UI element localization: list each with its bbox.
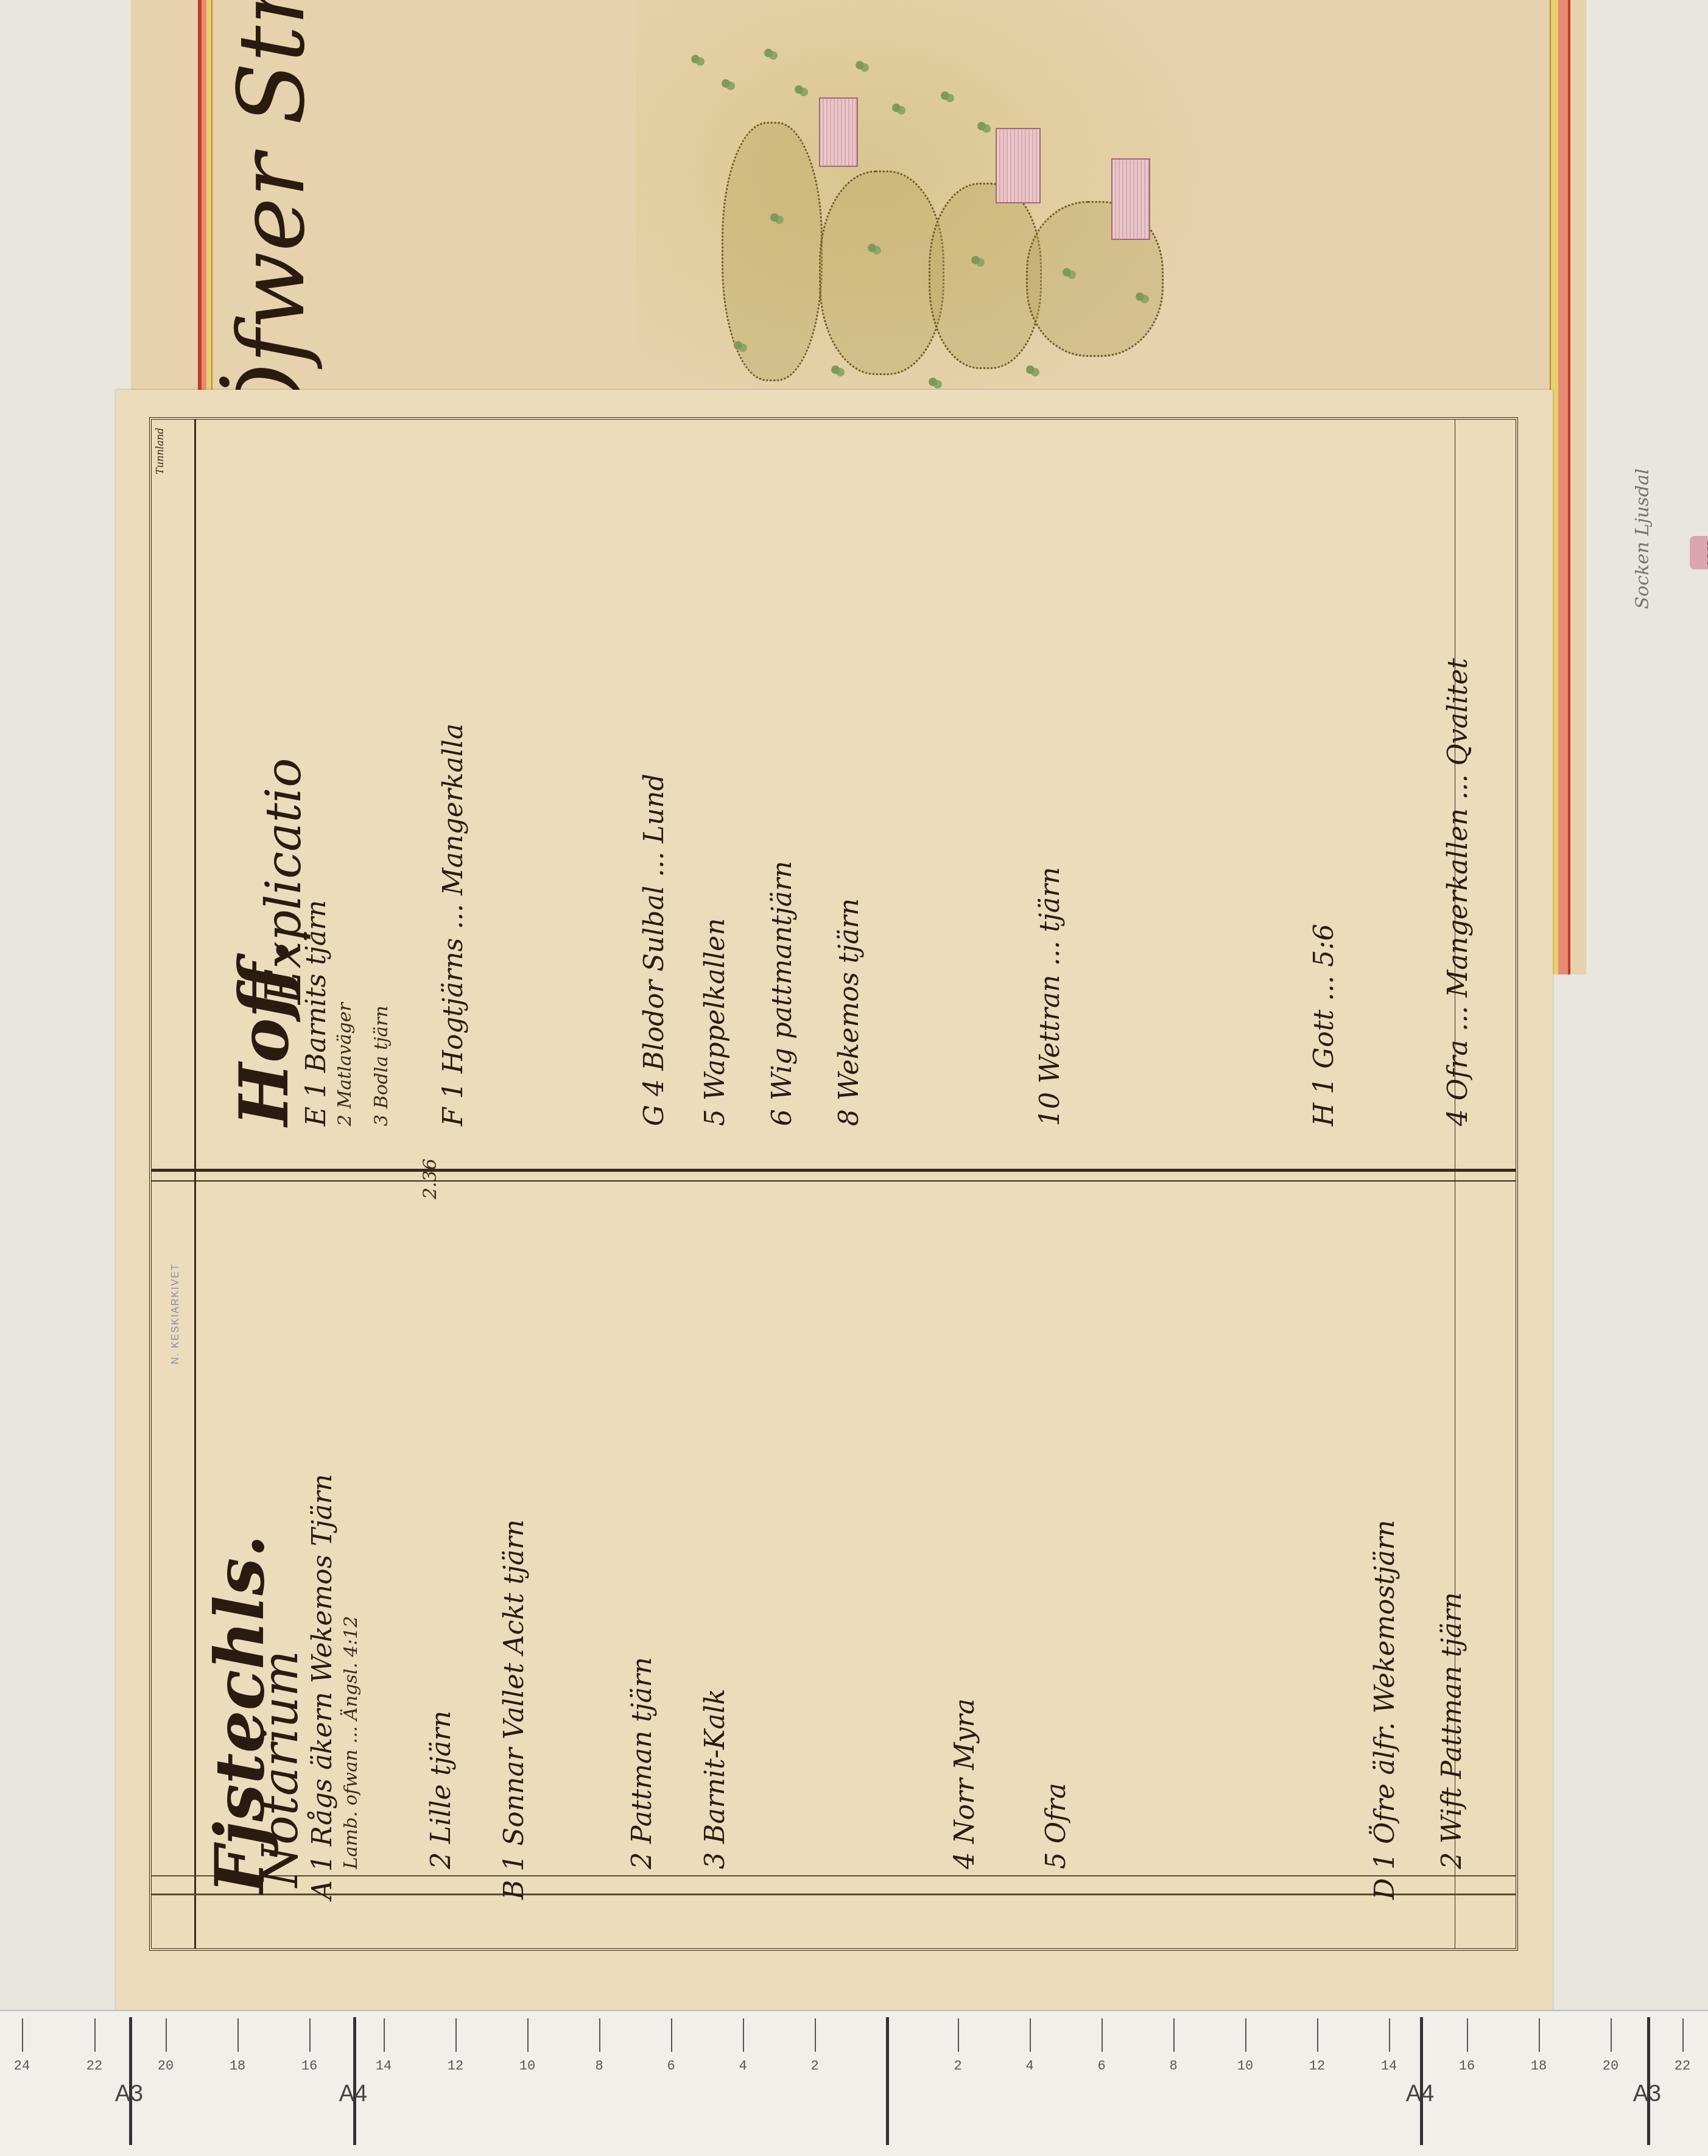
left-entry: A 1 Rågs äkern Wekemos Tjärn (307, 1474, 338, 1900)
left-entry: 4 Norr Myra (949, 1699, 980, 1869)
map-drawing (636, 0, 1215, 426)
left-entry: B 1 Sonnar Vallet Ackt tjärn (499, 1520, 530, 1900)
page-frame: Hoff. Explicatio Tunnland E 1 Barnits tj… (149, 417, 1518, 1951)
tree-icon (941, 91, 949, 100)
right-entry: 4 Ofra ... Mangerkallen ... Qvalitet (1443, 658, 1474, 1126)
page-divider (152, 1169, 1516, 1182)
right-entry: 2 Matlaväger (334, 1002, 356, 1126)
map-region (929, 183, 1042, 369)
map-border-right (1550, 0, 1574, 974)
right-entry: H 1 Gott ... 5:6 (1309, 924, 1340, 1126)
tree-icon (831, 365, 840, 374)
map-title: Öfwer Ströms Sochn (219, 0, 325, 439)
left-page-subtitle: Notarium (252, 1650, 309, 1887)
right-entry: G 4 Blodor Sulbal ... Lund (639, 773, 670, 1126)
right-entry: E 1 Barnits tjärn (301, 900, 332, 1126)
tree-icon (1136, 292, 1144, 301)
right-entry: 5 Wappelkallen (700, 918, 731, 1127)
map-field (996, 128, 1041, 203)
row-rule (152, 1894, 1516, 1895)
map-field (1111, 158, 1150, 240)
tree-icon (691, 55, 700, 63)
left-entry: 5 Ofra (1041, 1783, 1072, 1869)
left-entry: D 1 Öfre älfr. Wekemostjärn (1369, 1520, 1400, 1900)
tree-icon (734, 341, 742, 350)
tree-icon (971, 256, 980, 264)
tree-icon (856, 61, 864, 69)
column-rule (194, 420, 196, 1948)
left-entry: 3 Barnit-Kalk (700, 1689, 731, 1869)
tree-icon (977, 122, 986, 130)
tree-icon (929, 378, 937, 386)
right-entry: 10 Wettran ... tjärn (1035, 867, 1066, 1126)
left-entry-value: 2.36 (420, 1158, 441, 1199)
right-entry: 6 Wig pattmantjärn (767, 861, 798, 1126)
tree-icon (892, 104, 901, 112)
description-page: Hoff. Explicatio Tunnland E 1 Barnits tj… (116, 390, 1553, 2010)
map-field (819, 97, 858, 167)
measurement-ruler: 24 22 A3 20 18 16 A4 14 12 10 8 6 4 2 2 … (0, 2010, 1708, 2156)
tree-icon (1026, 365, 1035, 374)
right-entry: 8 Wekemos tjärn (834, 898, 865, 1126)
catalog-tag: 4938 (1690, 536, 1708, 569)
right-column-header: Tunnland (155, 428, 166, 474)
archive-stamp: N. KESKIARKIVET (170, 1263, 181, 1364)
center-marker (886, 2017, 889, 2145)
right-entry: F 1 Hogtjärns ... Mangerkalla (438, 724, 469, 1126)
tree-icon (770, 213, 779, 222)
tree-icon (1063, 268, 1071, 277)
pencil-annotation: Socken Ljusdal (1632, 468, 1653, 609)
row-rule (152, 1875, 1516, 1876)
left-entry-text: Lamb. ofwan ... Ängsl. 4:12 (340, 1616, 362, 1869)
tree-icon (722, 79, 730, 88)
tree-icon (868, 244, 876, 252)
tree-icon (795, 85, 803, 94)
tree-icon (764, 49, 773, 57)
map-region (819, 171, 944, 375)
left-entry: 2 Wift Pattman tjärn (1436, 1592, 1467, 1869)
left-entry: 2 Lille tjärn (426, 1711, 457, 1869)
left-entry: 2 Pattman tjärn (627, 1657, 658, 1869)
right-entry: 3 Bodla tjärn (371, 1006, 392, 1126)
